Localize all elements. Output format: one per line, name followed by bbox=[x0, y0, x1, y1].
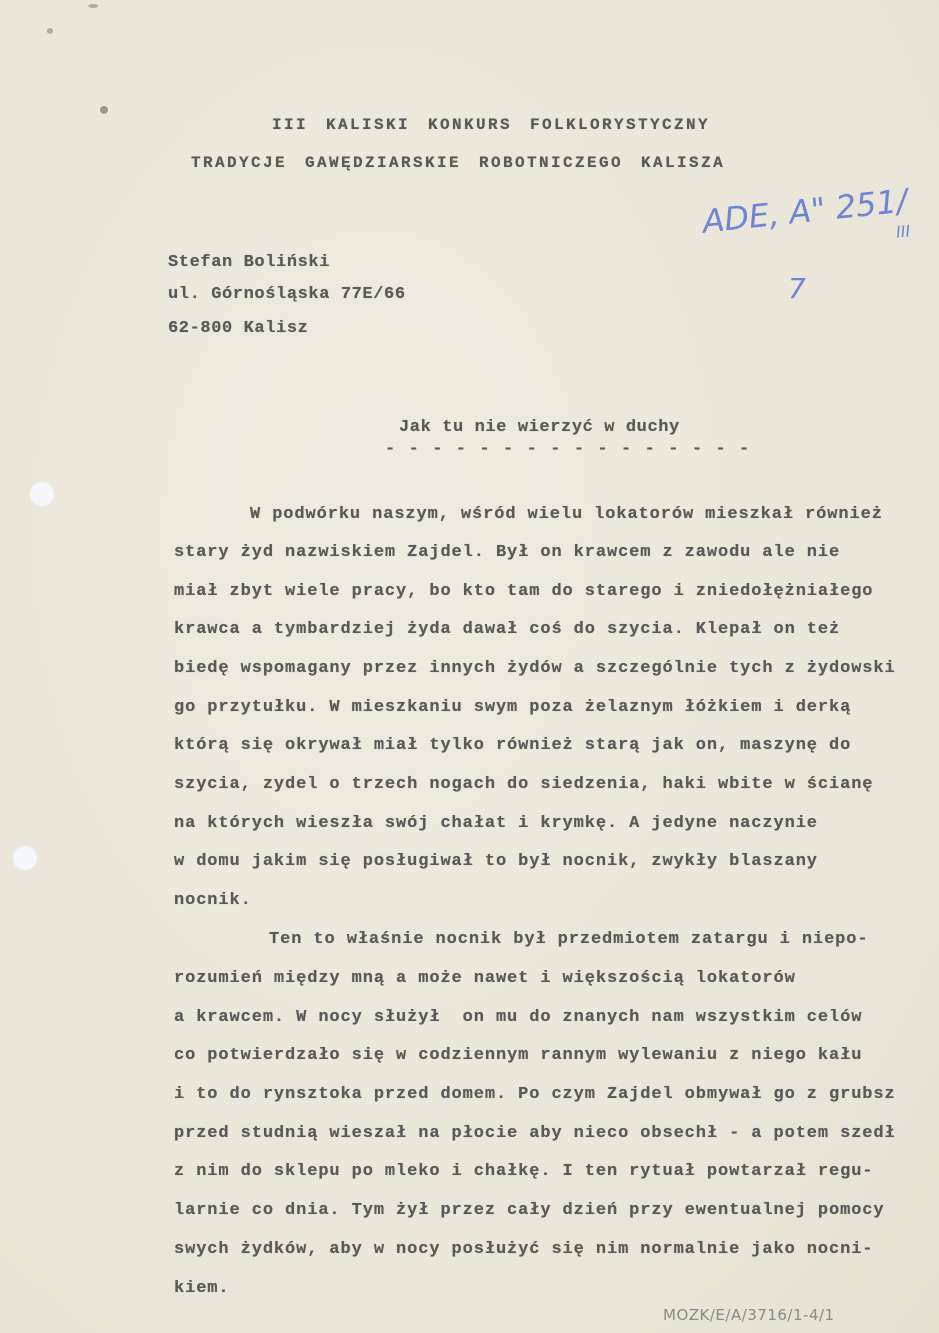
body-line: go przytułku. W mieszkaniu swym poza żel… bbox=[174, 698, 851, 717]
paper-speck bbox=[88, 4, 98, 8]
handwritten-page-number: 7 bbox=[788, 272, 806, 305]
body-line: rozumień między mną a może nawet i więks… bbox=[174, 969, 796, 988]
body-line: stary żyd nazwiskiem Zajdel. Był on kraw… bbox=[174, 543, 840, 562]
body-line: przed studnią wieszał na płocie aby niec… bbox=[174, 1124, 896, 1143]
story-title: Jak tu nie wierzyć w duchy bbox=[399, 418, 680, 437]
body-line: krawca a tymbardziej żyda dawał coś do s… bbox=[174, 620, 840, 639]
body-line: kiem. bbox=[174, 1279, 230, 1298]
contest-subtitle: TRADYCJE GAWĘDZIARSKIE ROBOTNICZEGO KALI… bbox=[191, 154, 725, 172]
body-line: miał zbyt wiele pracy, bo kto tam do sta… bbox=[174, 582, 873, 601]
handwritten-fraction: III bbox=[895, 221, 911, 241]
author-street: ul. Górnośląska 77E/66 bbox=[168, 285, 406, 304]
body-line: larnie co dnia. Tym żył przez cały dzień… bbox=[174, 1201, 885, 1220]
body-line: którą się okrywał miał tylko również sta… bbox=[174, 736, 851, 755]
paper-speck bbox=[100, 106, 108, 114]
body-line: nocnik. bbox=[174, 891, 252, 910]
author-name: Stefan Boliński bbox=[168, 253, 330, 272]
document-page: III KALISKI KONKURS FOLKLORYSTYCZNY TRAD… bbox=[0, 0, 939, 1333]
handwritten-signature-ref: ADE, A" 251/ bbox=[701, 181, 910, 240]
contest-title: III KALISKI KONKURS FOLKLORYSTYCZNY bbox=[272, 116, 710, 134]
archive-reference-number: MOZK/E/A/3716/1-4/1 bbox=[663, 1306, 835, 1324]
punch-hole-bottom bbox=[12, 845, 38, 871]
body-line: swych żydków, aby w nocy posłużyć się ni… bbox=[174, 1240, 873, 1259]
body-line: na których wieszła swój chałat i krymkę.… bbox=[174, 814, 818, 833]
body-line: Ten to właśnie nocnik był przedmiotem za… bbox=[269, 930, 869, 949]
body-line: co potwierdzało się w codziennym rannym … bbox=[174, 1046, 862, 1065]
body-line: z nim do sklepu po mleko i chałkę. I ten… bbox=[174, 1162, 873, 1181]
body-line: szycia, zydel o trzech nogach do siedzen… bbox=[174, 775, 873, 794]
title-underline: - - - - - - - - - - - - - - - - bbox=[385, 440, 751, 459]
author-city: 62-800 Kalisz bbox=[168, 319, 308, 338]
body-line: biedę wspomagany przez innych żydów a sz… bbox=[174, 659, 896, 678]
body-line: a krawcem. W nocy służył on mu do znanyc… bbox=[174, 1008, 862, 1027]
punch-hole-top bbox=[29, 481, 55, 507]
body-line: i to do rynsztoka przed domem. Po czym Z… bbox=[174, 1085, 896, 1104]
body-line: W podwórku naszym, wśród wielu lokatorów… bbox=[250, 505, 883, 524]
body-line: w domu jakim się posługiwał to był nocni… bbox=[174, 852, 818, 871]
paper-speck bbox=[47, 28, 53, 34]
